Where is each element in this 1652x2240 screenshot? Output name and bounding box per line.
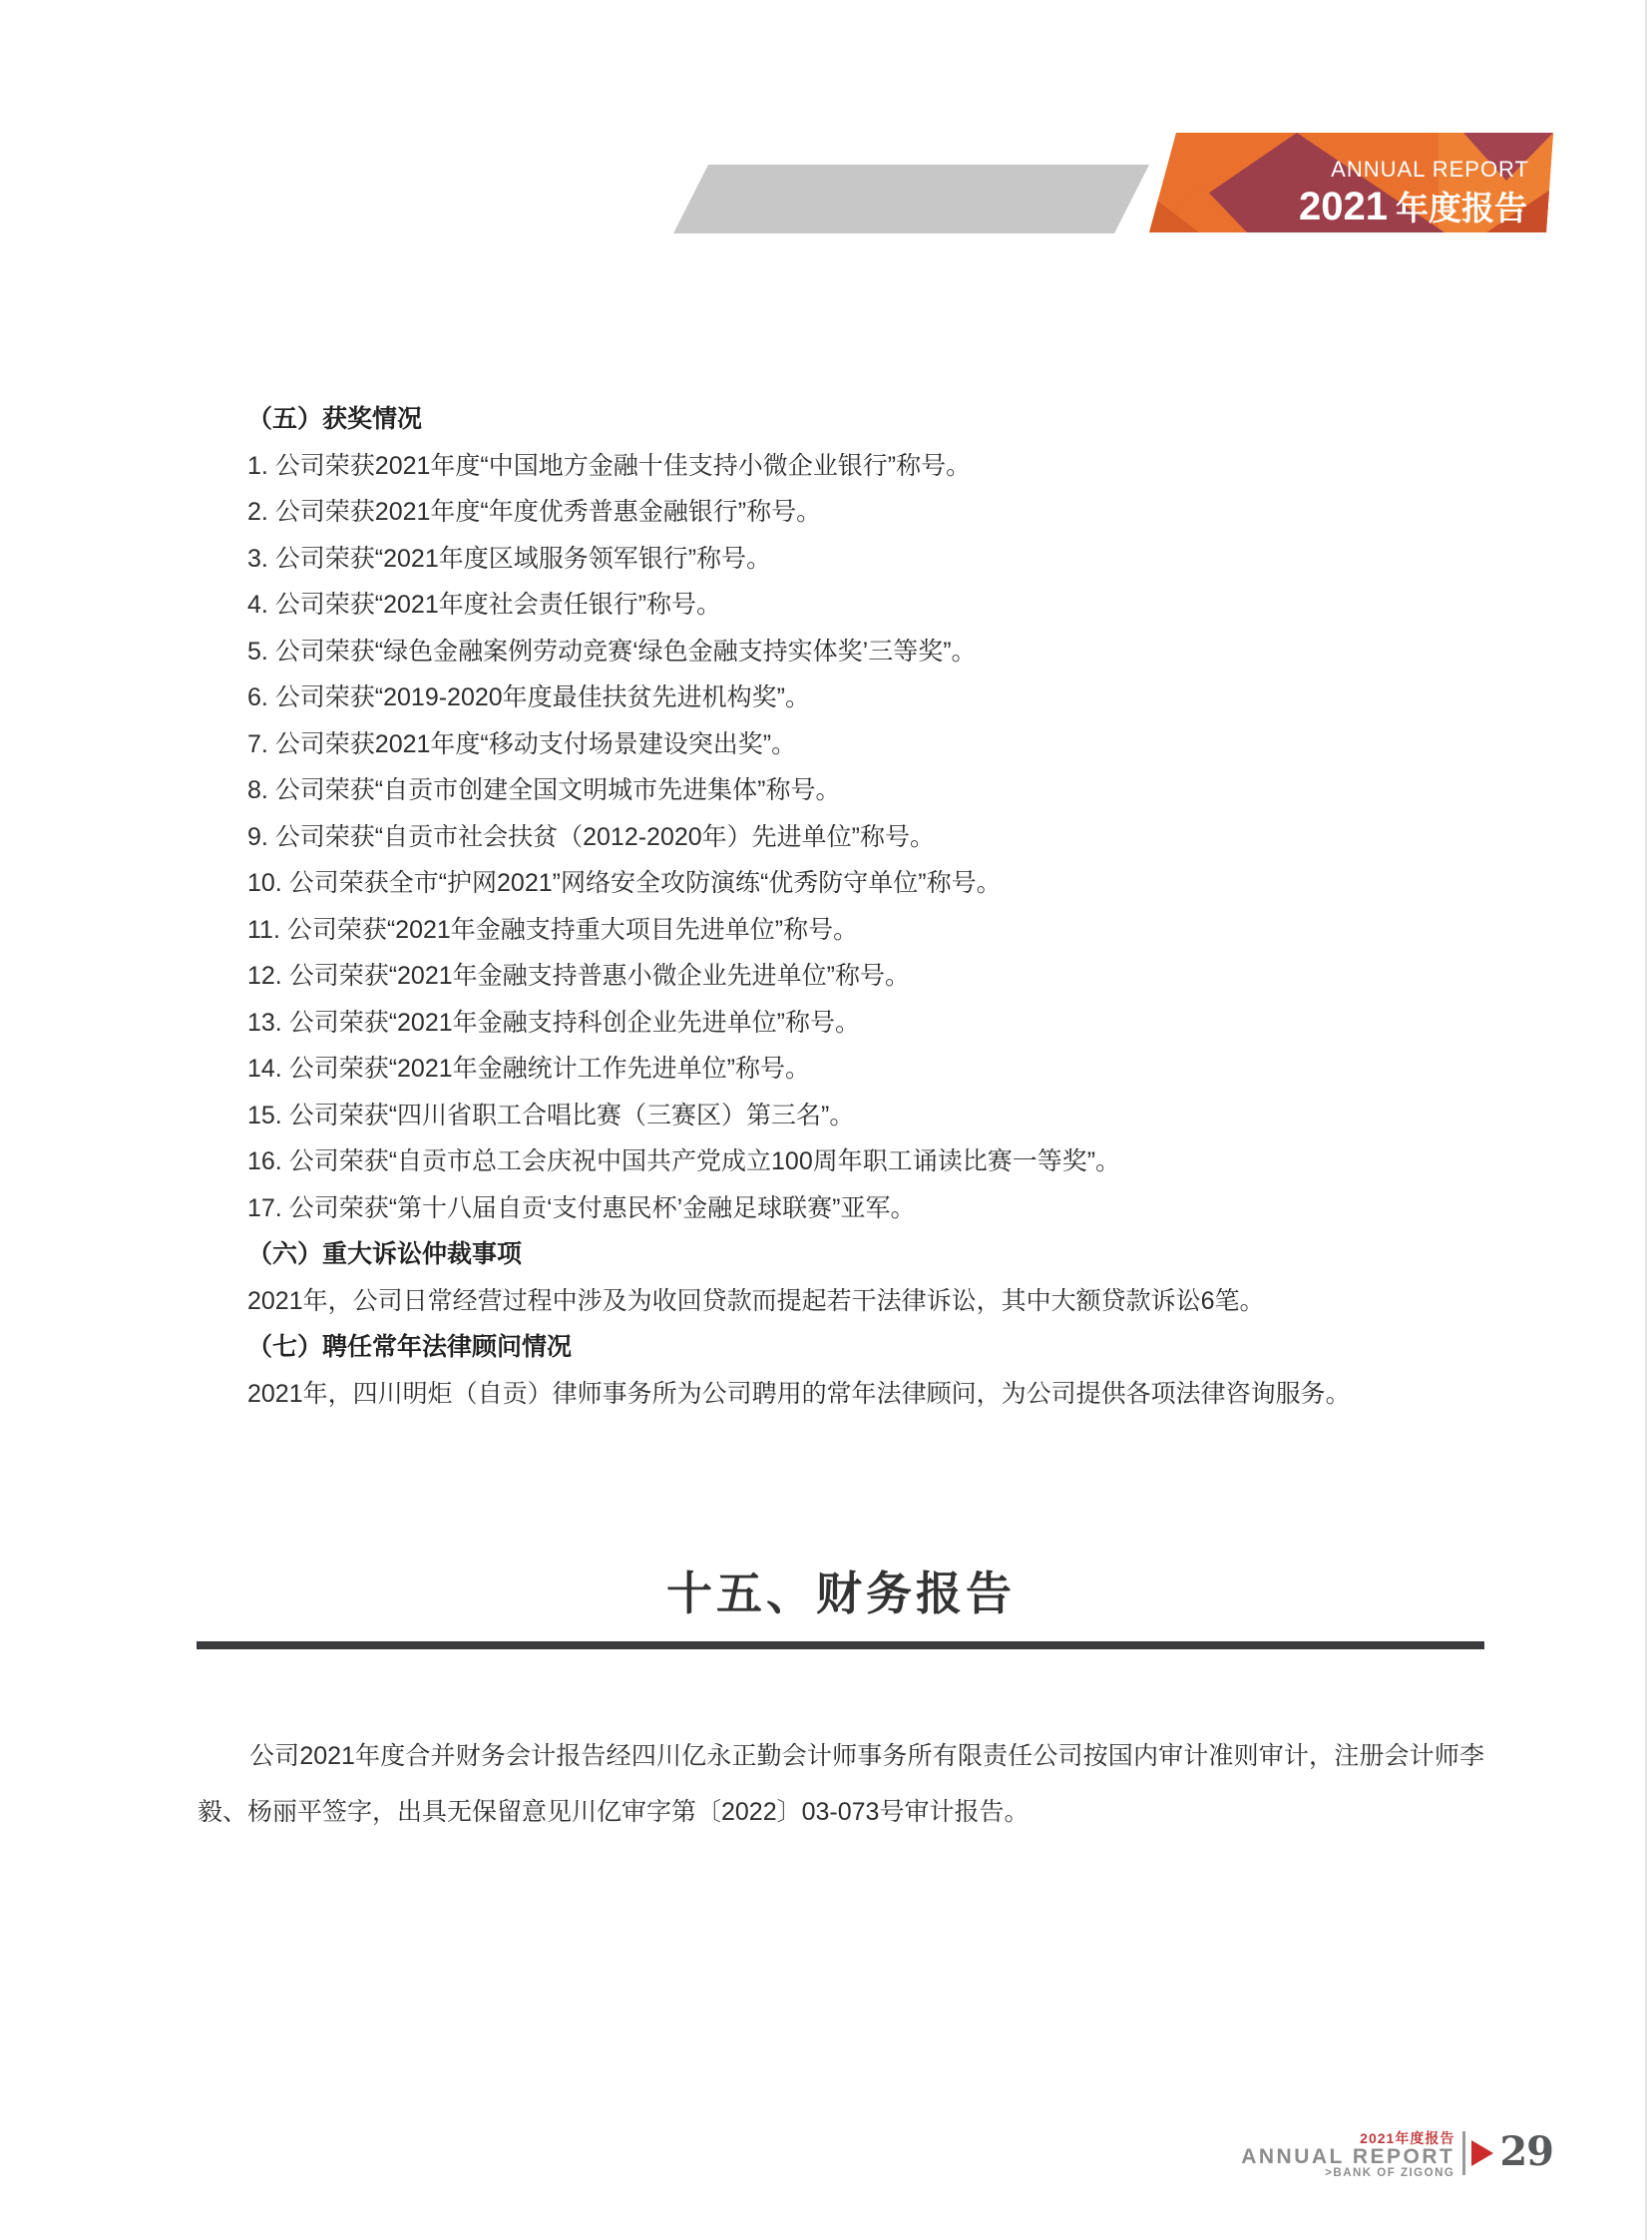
award-item: 15. 公司荣获“四川省职工合唱比赛（三赛区）第三名”。: [247, 1093, 1504, 1139]
award-item: 8. 公司荣获“自贡市创建全国文明城市先进集体”称号。: [247, 767, 1504, 814]
footer-report-en: ANNUAL REPORT: [1241, 2146, 1454, 2167]
award-item: 6. 公司荣获“2019-2020年度最佳扶贫先进机构奖”。: [247, 674, 1504, 721]
footer-divider-bar: [1462, 2131, 1465, 2175]
footer-report-cn: 2021年度报告: [1241, 2131, 1454, 2146]
page-footer: 2021年度报告 ANNUAL REPORT >BANK OF ZIGONG 2…: [1241, 2131, 1553, 2180]
footer-text-block: 2021年度报告 ANNUAL REPORT >BANK OF ZIGONG: [1241, 2131, 1462, 2180]
section-heading-litigation: （六）重大诉讼仲裁事项: [247, 1231, 1504, 1278]
counsel-body: 2021年，四川明炬（自贡）律师事务所为公司聘用的常年法律顾问，为公司提供各项法…: [247, 1371, 1504, 1418]
award-item: 12. 公司荣获“2021年金融支持普惠小微企业先进单位”称号。: [247, 953, 1504, 1000]
award-item: 3. 公司荣获“2021年度区域服务领军银行”称号。: [247, 536, 1504, 583]
chapter-title: 十五、财务报告: [198, 1558, 1484, 1623]
body-content: （五）获奖情况 1. 公司荣获2021年度“中国地方金融十佳支持小微企业银行”称…: [247, 396, 1504, 1417]
title-divider-rule: [197, 1641, 1484, 1649]
page-edge-line: [1645, 0, 1647, 2240]
award-item: 14. 公司荣获“2021年金融统计工作先进单位”称号。: [247, 1046, 1504, 1093]
award-item: 16. 公司荣获“自贡市总工会庆祝中国共产党成立100周年职工诵读比赛一等奖”。: [247, 1138, 1504, 1185]
award-item: 11. 公司荣获“2021年金融支持重大项目先进单位”称号。: [247, 907, 1504, 954]
header-gray-bar: [673, 165, 1149, 233]
header-banner: ANNUAL REPORT 2021年度报告: [1149, 133, 1553, 232]
award-item: 4. 公司荣获“2021年度社会责任银行”称号。: [247, 582, 1504, 629]
award-item: 2. 公司荣获2021年度“年度优秀普惠金融银行”称号。: [247, 489, 1504, 536]
footer-bank-name: >BANK OF ZIGONG: [1241, 2167, 1454, 2180]
banner-year-title: 2021年度报告: [1299, 187, 1527, 235]
award-item: 9. 公司荣获“自贡市社会扶贫（2012-2020年）先进单位”称号。: [247, 814, 1504, 861]
footer-red-arrow-icon: [1471, 2140, 1493, 2166]
banner-annual-report-label: ANNUAL REPORT: [1331, 159, 1529, 181]
banner-year-suffix: 年度报告: [1396, 190, 1527, 226]
page-number: 29: [1499, 2131, 1553, 2173]
award-item: 10. 公司荣获全市“护网2021”网络安全攻防演练“优秀防守单位”称号。: [247, 860, 1504, 907]
section-heading-counsel: （七）聘任常年法律顾问情况: [247, 1324, 1504, 1371]
award-item: 17. 公司荣获“第十八届自贡‘支付惠民杯’金融足球联赛”亚军。: [247, 1185, 1504, 1232]
award-item: 7. 公司荣获2021年度“移动支付场景建设突出奖”。: [247, 721, 1504, 768]
awards-list: 1. 公司荣获2021年度“中国地方金融十佳支持小微企业银行”称号。2. 公司荣…: [247, 443, 1504, 1232]
award-item: 5. 公司荣获“绿色金融案例劳动竞赛‘绿色金融支持实体奖’三等奖”。: [247, 629, 1504, 675]
award-item: 1. 公司荣获2021年度“中国地方金融十佳支持小微企业银行”称号。: [247, 443, 1504, 490]
section-heading-awards: （五）获奖情况: [247, 396, 1504, 443]
banner-year: 2021: [1299, 185, 1388, 228]
finance-paragraph: 公司2021年度合并财务会计报告经四川亿永正勤会计师事务所有限责任公司按国内审计…: [198, 1728, 1484, 1840]
award-item: 13. 公司荣获“2021年金融支持科创企业先进单位”称号。: [247, 1000, 1504, 1047]
litigation-body: 2021年，公司日常经营过程中涉及为收回贷款而提起若干法律诉讼，其中大额贷款诉讼…: [247, 1278, 1504, 1325]
